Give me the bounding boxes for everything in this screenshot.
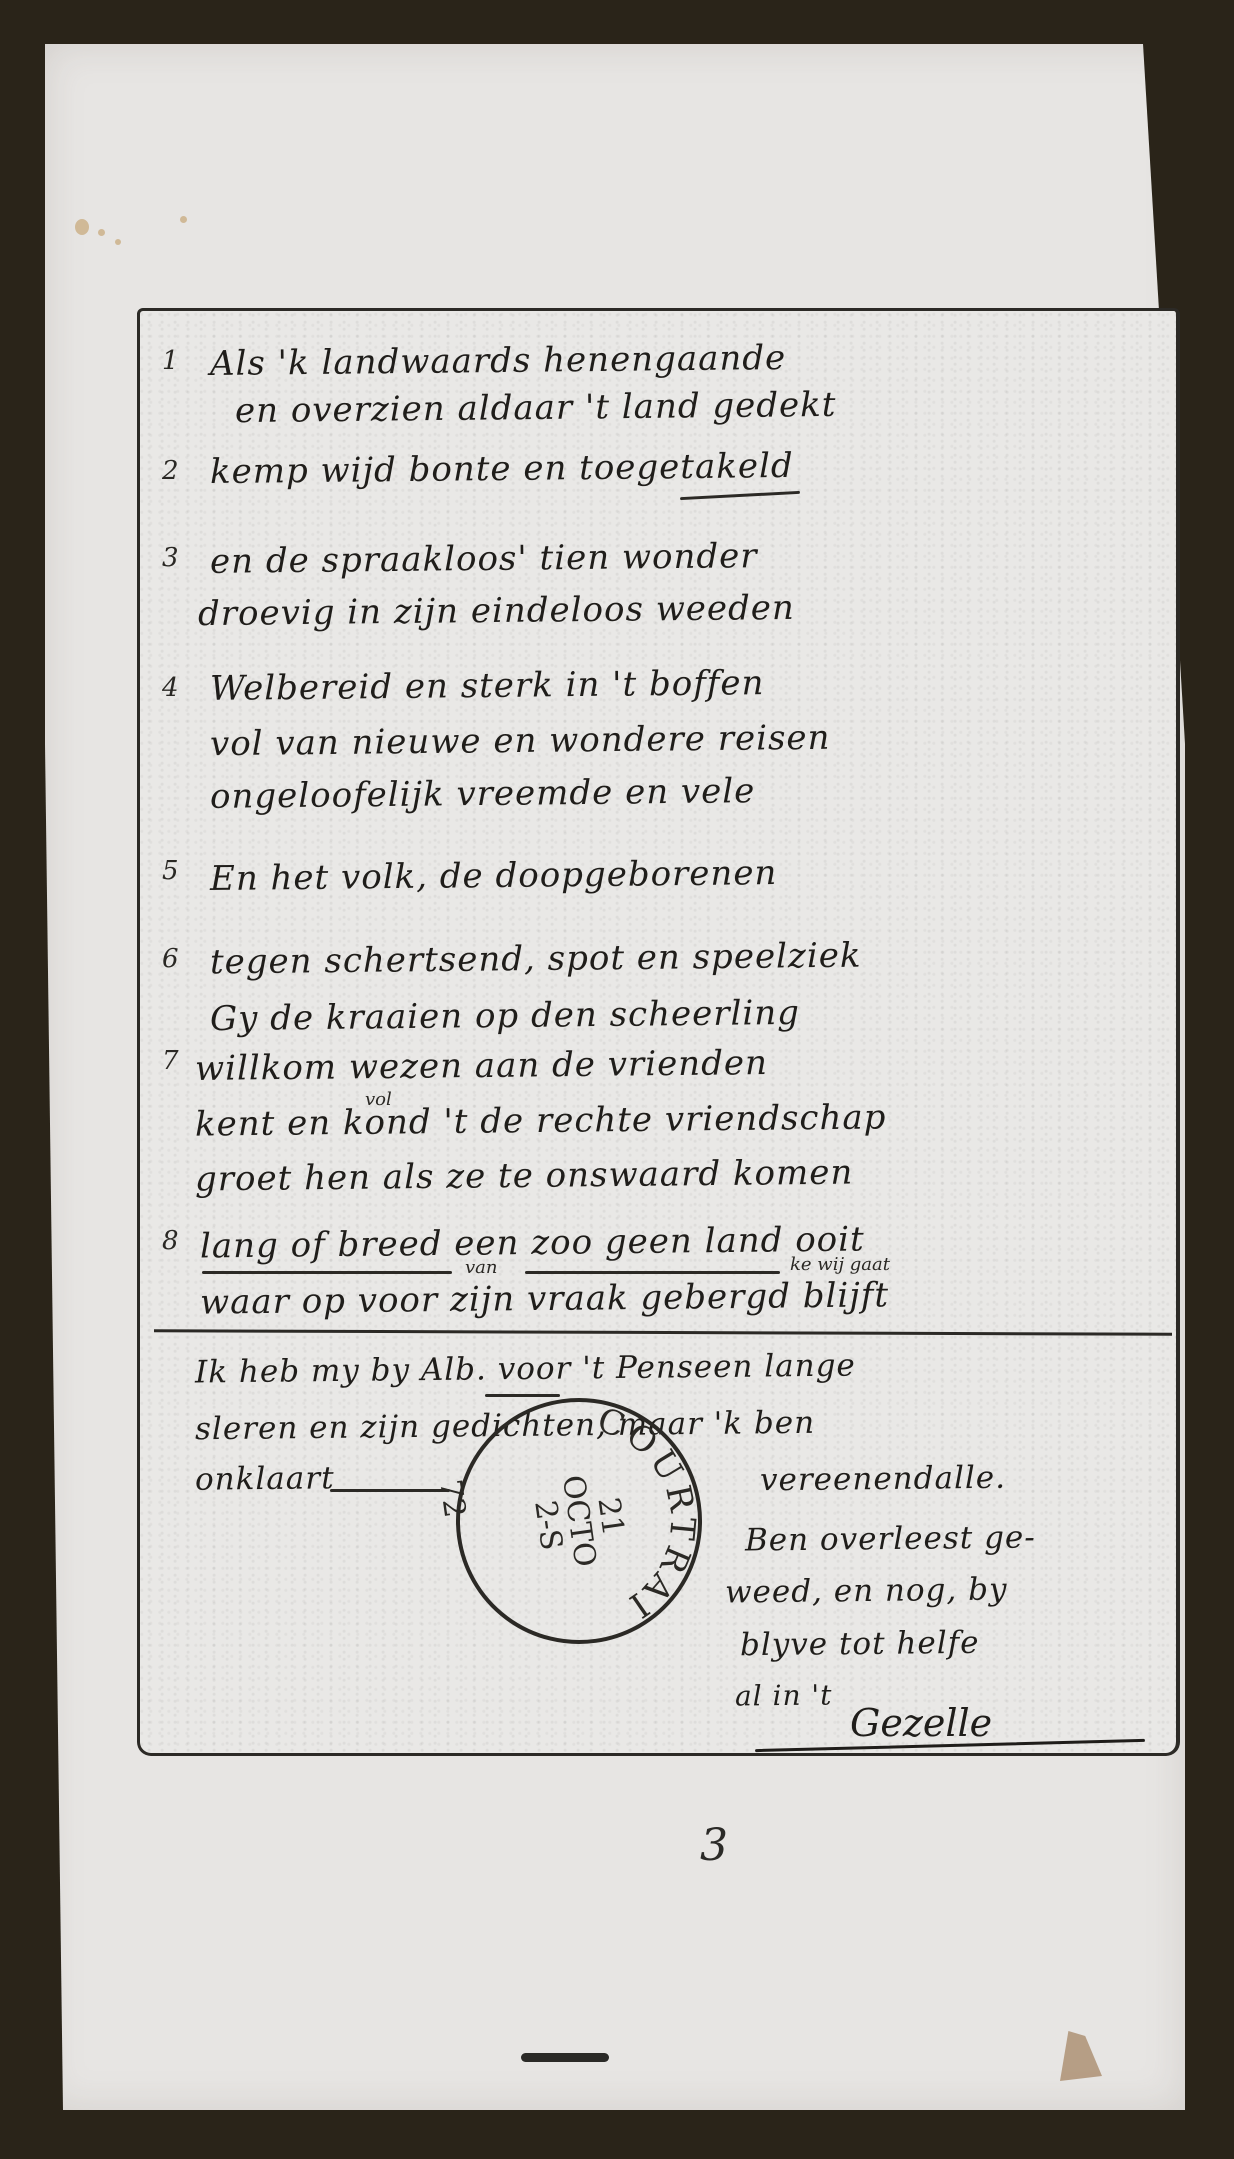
foxing-spot	[98, 229, 105, 236]
flourish-stroke	[680, 491, 800, 500]
foxing-spot	[75, 219, 89, 235]
poem-line: kemp wijd bonte en toegetakeld	[210, 446, 794, 492]
photocopy-frame: 1 Als 'k landwaards henengaande en overz…	[137, 308, 1180, 1756]
note-line: onklaart	[195, 1460, 335, 1497]
poem-line: Als 'k landwaards henengaande	[210, 338, 787, 384]
dash-mark	[521, 2053, 609, 2062]
note-line: al in 't	[735, 1678, 833, 1712]
poem-line: en de spraakloos' tien wonder	[210, 536, 758, 582]
foxing-spot	[115, 239, 121, 245]
poem-line: ongeloofelijk vreemde en vele	[210, 771, 756, 817]
note-line: blyve tot helfe	[740, 1625, 980, 1664]
line-number: 7	[162, 1046, 179, 1076]
poem-line: lang of breed een zoo geen land ooit	[200, 1220, 865, 1267]
poem-line: vol van nieuwe en wondere reisen	[210, 718, 831, 764]
note-line: vereenendalle.	[760, 1460, 1006, 1499]
flourish-stroke	[330, 1489, 450, 1492]
interlinear-note: van	[465, 1257, 498, 1278]
poem-line: En het volk, de doopgeborenen	[210, 853, 778, 899]
poem-line: kent en kond 't de rechte vriendschap	[195, 1097, 887, 1144]
note-line: Ik heb my by Alb. voor 't Penseen lange	[195, 1348, 856, 1391]
poem-line: Gy de kraaien op den scheerling	[210, 993, 800, 1039]
line-number: 2	[162, 456, 179, 486]
poem-line: Welbereid en sterk in 't boffen	[210, 663, 765, 709]
signature: Gezelle	[850, 1701, 992, 1745]
foxing-spot	[180, 216, 187, 223]
poem-line: groet hen als ze te onswaard komen	[195, 1153, 854, 1200]
note-line: weed, en nog, by	[725, 1572, 1008, 1611]
poem-line: en overzien aldaar 't land gedekt	[235, 385, 837, 431]
underline-stroke	[485, 1394, 560, 1397]
poem-line: willkom wezen aan de vrienden	[195, 1043, 768, 1089]
line-number: 4	[162, 673, 179, 703]
line-number: 3	[162, 543, 179, 573]
line-number: 5	[162, 856, 179, 886]
page-number: 3	[700, 1820, 728, 1871]
poem-line: droevig in zijn eindeloos weeden	[198, 588, 795, 634]
superscript-note: vol	[365, 1089, 392, 1110]
underline-stroke	[525, 1271, 780, 1274]
underline-stroke	[202, 1271, 452, 1274]
postmark-year: 72	[432, 1477, 472, 1520]
poem-line: waar op voor zijn vraak gebergd blijft	[200, 1275, 889, 1322]
section-divider	[154, 1329, 1172, 1336]
stain-mark	[1060, 2031, 1102, 2081]
line-number: 8	[162, 1226, 179, 1256]
poem-line: tegen schertsend, spot en speelziek	[210, 936, 862, 983]
postmark-date: 21 OCTO 2-S	[526, 1469, 632, 1573]
note-line: Ben overleest ge-	[745, 1519, 1036, 1558]
postmark-stamp: COURTRAI 21 OCTO 2-S 72	[440, 1382, 718, 1660]
line-number: 1	[162, 346, 179, 376]
interlinear-note: ke wij gaat	[790, 1254, 890, 1275]
line-number: 6	[162, 944, 179, 974]
